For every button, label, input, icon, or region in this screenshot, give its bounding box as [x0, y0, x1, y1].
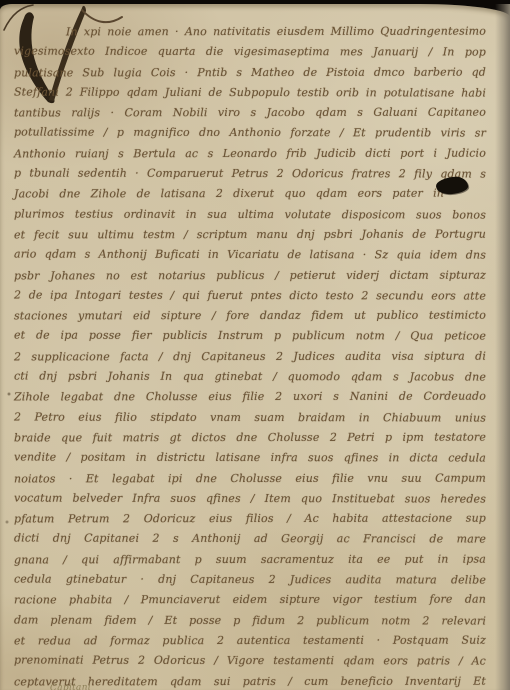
manuscript-line: Anthonio ruianj s Bertula ac s Leonardo … [14, 143, 486, 164]
manuscript-line: plurimos testius ordinavit in sua ultima… [14, 204, 486, 225]
manuscript-line: 2 supplicacione facta / dnj Capitaneus 2… [14, 346, 486, 367]
manuscript-line: vendite / positam in districtu latisane … [14, 448, 486, 469]
manuscript-line: 2 de ipa Intogari testes / qui fuerut pn… [14, 285, 486, 306]
manuscript-line: cti dnj psbri Johanis In qua gtinebat / … [14, 367, 486, 388]
photograph-background: In xpi noie amen · Ano nativitatis eiusd… [0, 0, 510, 690]
manuscript-line: Steffani 2 Filippo qdam Juliani de Subpo… [14, 82, 486, 103]
manuscript-line: p tbunali sedentih · Comparuerut Petrus … [14, 164, 486, 185]
manuscript-line: gnana / qui affirmabant p suum sacrament… [14, 549, 486, 570]
page-right-edge-shadow [495, 4, 510, 690]
manuscript-line: potullatissime / p magnifico dno Anthoni… [14, 123, 486, 144]
manuscript-page: In xpi noie amen · Ano nativitatis eiusd… [0, 4, 510, 690]
manuscript-line: pulatisane Sub lugia Cois · Pntib s Math… [14, 62, 486, 83]
manuscript-line: Zihole legabat dne Cholusse eius filie 2… [14, 387, 486, 408]
manuscript-line: noiatos · Et legabat ipi dne Cholusse ei… [14, 468, 486, 489]
manuscript-line: ario qdam s Anthonij Buficati in Vicaria… [14, 245, 486, 266]
manuscript-line: cedula gtinebatur · dnj Capitaneus 2 Jud… [14, 570, 486, 591]
manuscript-line: vigesimosexto Indicoe quarta die vigesim… [14, 42, 486, 63]
manuscript-line: pfatum Petrum 2 Odoricuz eius filios / A… [14, 509, 486, 530]
manuscript-line: staciones ymutari eid sipture / fore dan… [14, 306, 486, 327]
manuscript-line: 2 Petro eius filio stipdato vnam suam br… [14, 407, 486, 428]
manuscript-line: racione phabita / Pmunciaverut eidem sip… [14, 590, 486, 611]
manuscript-line: vocatum belveder Infra suos qfines / Ite… [14, 488, 486, 509]
manuscript-line: Jacobi dne Zihole de latisana 2 dixerut … [14, 184, 486, 205]
manuscript-line: et fecit suu ultimu testm / scriptum man… [14, 225, 486, 246]
manuscript-line: braide que fuit matris gt dictos dne Cho… [14, 428, 486, 449]
manuscript-text-block: In xpi noie amen · Ano nativitatis eiusd… [0, 22, 510, 690]
manuscript-line: In xpi noie amen · Ano nativitatis eiusd… [14, 22, 486, 43]
manuscript-line: dam plenam fidem / Et posse p fidum 2 pu… [14, 610, 486, 631]
manuscript-line: et redua ad formaz publica 2 autentica t… [14, 630, 486, 651]
manuscript-line: prenominati Petrus 2 Odoricus / Vigore t… [14, 651, 486, 672]
manuscript-line: dicti dnj Capitanei 2 s Anthonij ad Geor… [14, 529, 486, 550]
manuscript-line: psbr Johanes no est notarius publicus / … [14, 265, 486, 286]
manuscript-line: et de ipa posse fier publicis Instrum p … [14, 326, 486, 347]
manuscript-line: tantibus ralijs · Coram Nobili viro s Ja… [14, 103, 486, 124]
marginal-note: Capitani [50, 683, 91, 690]
